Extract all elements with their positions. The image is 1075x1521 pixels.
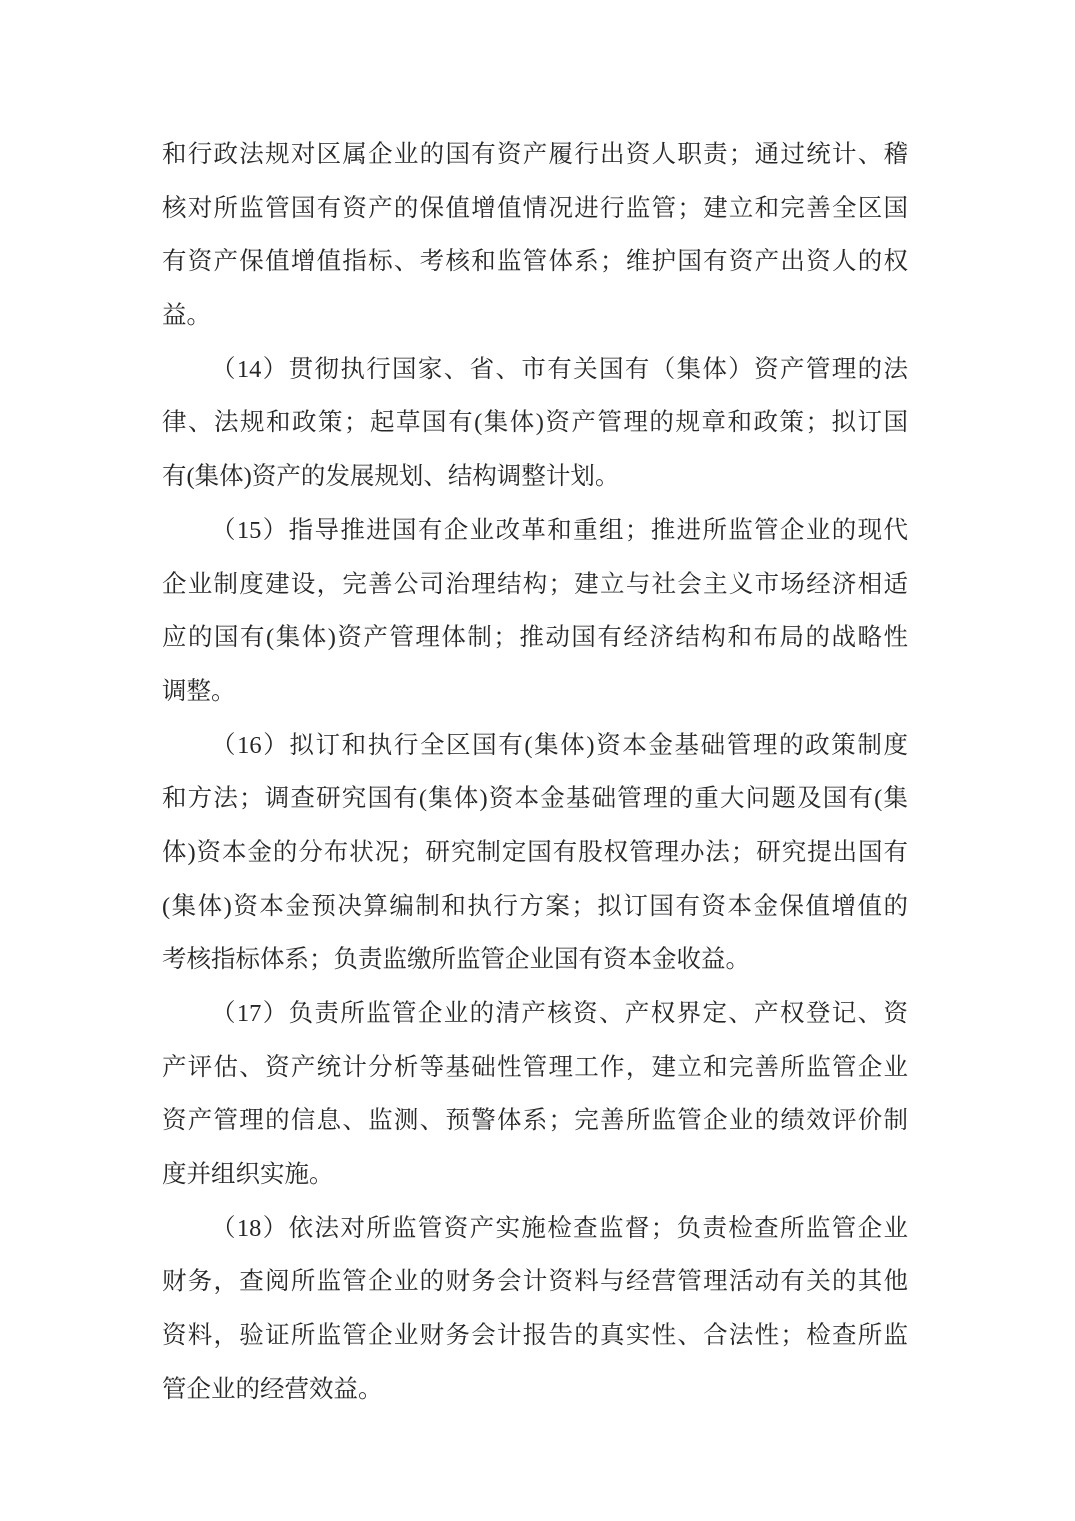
paragraph-5: （17）负责所监管企业的清产核资、产权界定、产权登记、资产评估、资产统计分析等基…: [162, 987, 908, 1202]
text-line: 律、法规和政策；起草国有(集体)资产管理的规章和政策；拟订国: [162, 396, 908, 450]
text-line: 有(集体)资产的发展规划、结构调整计划。: [162, 450, 908, 504]
text-line: 核对所监管国有资产的保值增值情况进行监管；建立和完善全区国: [162, 182, 908, 236]
paragraph-2: （14）贯彻执行国家、省、市有关国有（集体）资产管理的法律、法规和政策；起草国有…: [162, 343, 908, 504]
text-line: 产评估、资产统计分析等基础性管理工作，建立和完善所监管企业: [162, 1041, 908, 1095]
text-line: （18）依法对所监管资产实施检查监督；负责检查所监管企业: [162, 1202, 908, 1256]
text-line: 应的国有(集体)资产管理体制；推动国有经济结构和布局的战略性: [162, 611, 908, 665]
paragraph-3: （15）指导推进国有企业改革和重组；推进所监管企业的现代企业制度建设，完善公司治…: [162, 504, 908, 719]
paragraph-1: 和行政法规对区属企业的国有资产履行出资人职责；通过统计、稽核对所监管国有资产的保…: [162, 128, 908, 343]
text-line: (集体)资本金预决算编制和执行方案；拟订国有资本金保值增值的: [162, 880, 908, 934]
text-line: 资产管理的信息、监测、预警体系；完善所监管企业的绩效评价制: [162, 1094, 908, 1148]
text-line: 企业制度建设，完善公司治理结构；建立与社会主义市场经济相适: [162, 558, 908, 612]
document-page: 和行政法规对区属企业的国有资产履行出资人职责；通过统计、稽核对所监管国有资产的保…: [0, 0, 1075, 1521]
text-line: 体)资本金的分布状况；研究制定国有股权管理办法；研究提出国有: [162, 826, 908, 880]
text-line: 有资产保值增值指标、考核和监管体系；维护国有资产出资人的权: [162, 235, 908, 289]
text-line: 益。: [162, 289, 908, 343]
text-line: 考核指标体系；负责监缴所监管企业国有资本金收益。: [162, 933, 908, 987]
text-line: 度并组织实施。: [162, 1148, 908, 1202]
text-line: （17）负责所监管企业的清产核资、产权界定、产权登记、资: [162, 987, 908, 1041]
text-line: （14）贯彻执行国家、省、市有关国有（集体）资产管理的法: [162, 343, 908, 397]
paragraph-4: （16）拟订和执行全区国有(集体)资本金基础管理的政策制度和方法；调查研究国有(…: [162, 719, 908, 987]
paragraph-6: （18）依法对所监管资产实施检查监督；负责检查所监管企业财务，查阅所监管企业的财…: [162, 1202, 908, 1417]
text-line: （15）指导推进国有企业改革和重组；推进所监管企业的现代: [162, 504, 908, 558]
text-line: 资料，验证所监管企业财务会计报告的真实性、合法性；检查所监: [162, 1309, 908, 1363]
text-line: 调整。: [162, 665, 908, 719]
text-line: 和行政法规对区属企业的国有资产履行出资人职责；通过统计、稽: [162, 128, 908, 182]
text-line: 财务，查阅所监管企业的财务会计资料与经营管理活动有关的其他: [162, 1255, 908, 1309]
text-line: （16）拟订和执行全区国有(集体)资本金基础管理的政策制度: [162, 719, 908, 773]
text-line: 管企业的经营效益。: [162, 1363, 908, 1417]
document-text-block: 和行政法规对区属企业的国有资产履行出资人职责；通过统计、稽核对所监管国有资产的保…: [162, 128, 908, 1417]
text-line: 和方法；调查研究国有(集体)资本金基础管理的重大问题及国有(集: [162, 772, 908, 826]
